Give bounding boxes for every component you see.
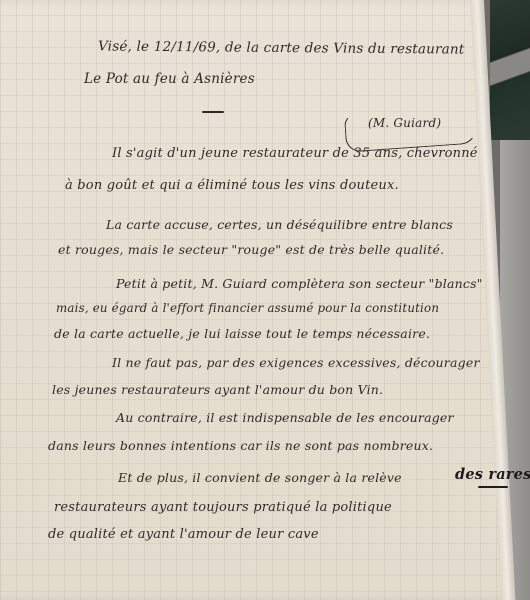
paragraph-3-line-1: Petit à petit, M. Guiard complètera son … [116,276,483,291]
paragraph-4-line-1: Il ne faut pas, par des exigences excess… [112,355,480,370]
paragraph-4-line-2: les jeunes restaurateurs ayant l'amour d… [52,382,383,397]
letter-header-line-2: Le Pot au feu à Asnières [84,71,255,87]
background-surface [490,0,530,140]
annotation-name: (M. Guiard) [368,116,441,130]
paragraph-6-emphasis: des rares [455,466,530,483]
paragraph-6-line-1: Et de plus, il convient de songer à la r… [118,470,402,485]
emphasis-underline [478,486,508,488]
paragraph-2-line-2: et rouges, mais le secteur "rouge" est d… [58,242,444,257]
paragraph-5-line-1: Au contraire, il est indispensable de le… [116,410,454,425]
paragraph-5-line-2: dans leurs bonnes intentions car ils ne … [48,438,433,453]
paragraph-3-line-3: de la carte actuelle, je lui laisse tout… [54,326,430,341]
paragraph-2-line-1: La carte accuse, certes, un déséquilibre… [106,217,453,232]
paragraph-6-line-2: restaurateurs ayant toujours pratiqué la… [54,500,392,515]
paragraph-1-line-1: Il s'agit d'un jeune restaurateur de 35 … [112,146,478,161]
divider-dash [202,111,224,113]
paragraph-6-line-3: de qualité et ayant l'amour de leur cave [48,527,319,542]
paragraph-3-line-2: mais, eu égard à l'effort financier assu… [56,301,439,315]
paragraph-1-line-2: à bon goût et qui a éliminé tous les vin… [65,178,399,193]
letter-header-line-1: Visé, le 12/11/69, de la carte des Vins … [98,38,465,57]
